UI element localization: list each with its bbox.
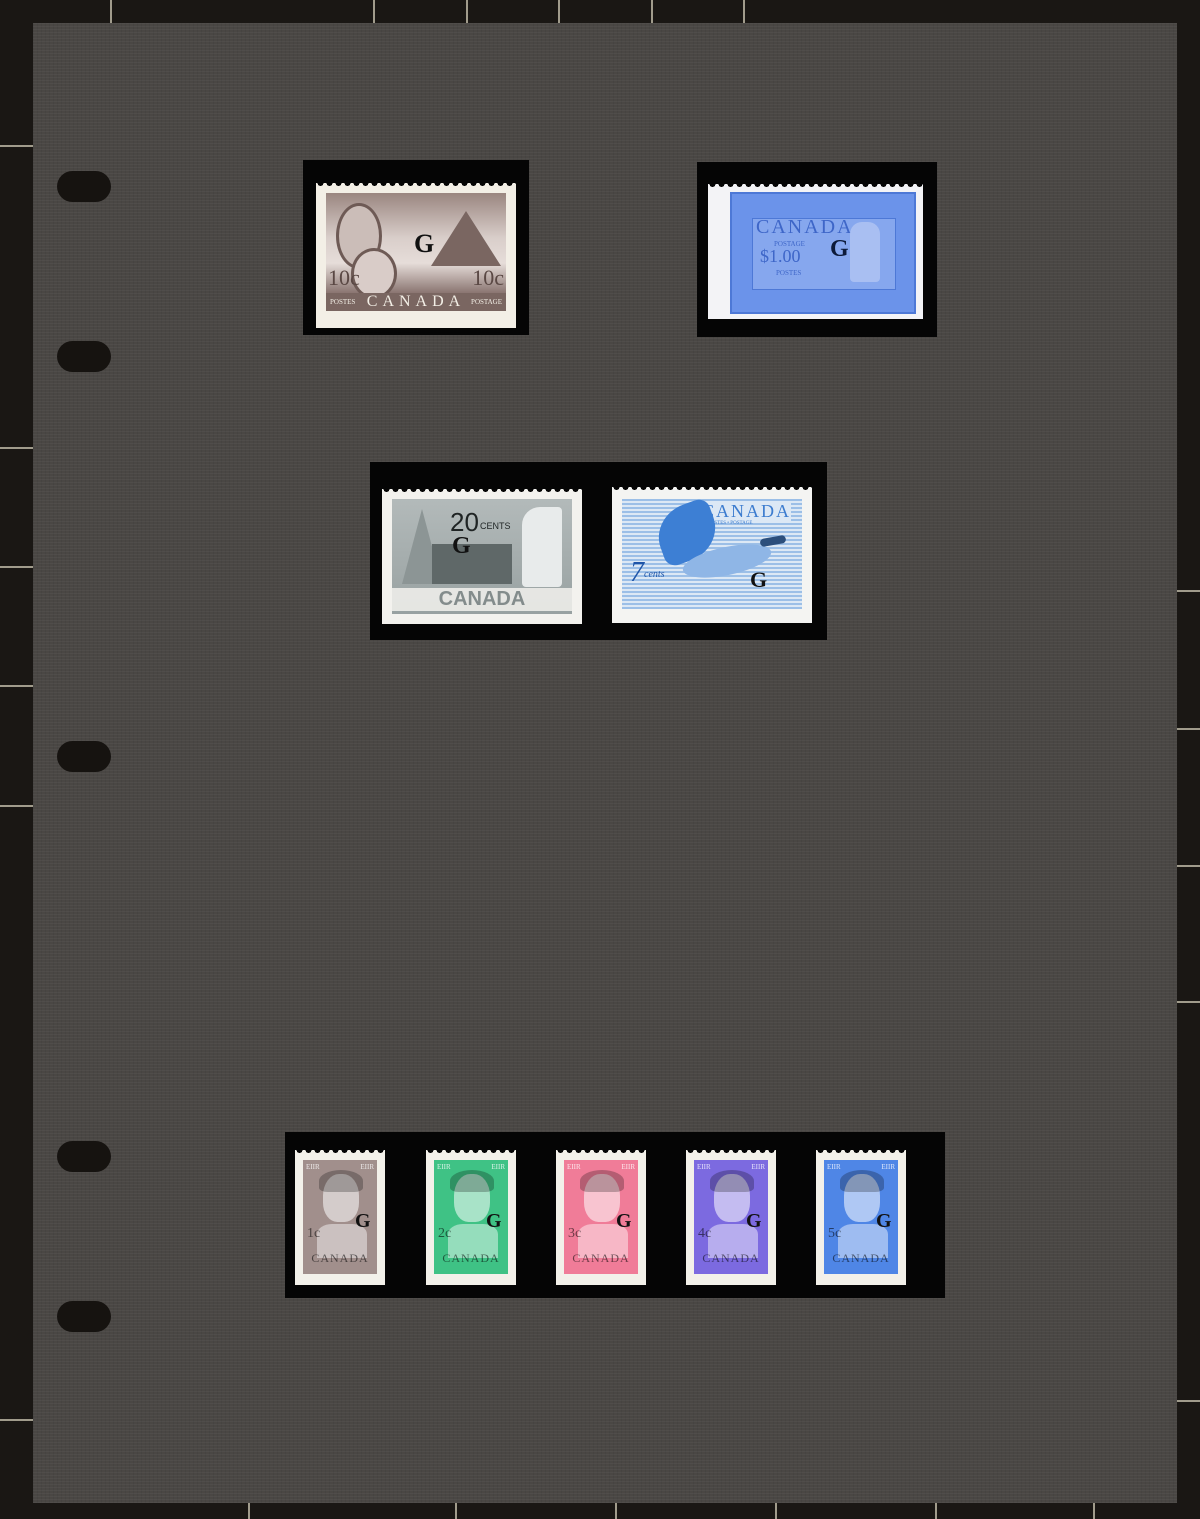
royal-cypher-right: EIIR xyxy=(491,1163,505,1171)
grid-line xyxy=(466,0,468,23)
country-name: CANADA xyxy=(303,1251,377,1266)
stamp-vignette: CANADA POSTAGE $1.00 POSTES G xyxy=(730,192,916,314)
grid-line xyxy=(1177,865,1200,867)
stamp-1c-queen[interactable]: EIIR EIIR 1c G CANADA xyxy=(295,1150,385,1285)
grid-line xyxy=(248,1503,250,1519)
royal-cypher-left: EIIR xyxy=(306,1163,320,1171)
grid-line xyxy=(455,1503,457,1519)
label-postes: POSTES xyxy=(776,269,801,277)
stamp-vignette: 20 CENTS G CANADA xyxy=(392,499,572,614)
grid-line xyxy=(743,0,745,23)
denomination: 4c xyxy=(698,1226,711,1242)
overprint-g: G xyxy=(830,236,849,263)
grid-line xyxy=(0,566,33,568)
royal-cypher-right: EIIR xyxy=(360,1163,374,1171)
royal-cypher-left: EIIR xyxy=(697,1163,711,1171)
denomination-right: 10c xyxy=(472,265,504,291)
stamp-4c-queen[interactable]: EIIR EIIR 4c G CANADA xyxy=(686,1150,776,1285)
stamp-mount: 20 CENTS G CANADA CANADA POSTES • POSTAG… xyxy=(370,462,827,640)
grid-line xyxy=(775,1503,777,1519)
country-name: CANADA xyxy=(824,1251,898,1266)
grid-line xyxy=(651,0,653,23)
denomination: 5c xyxy=(828,1226,841,1242)
punch-hole xyxy=(57,1301,111,1332)
grid-line xyxy=(0,145,33,147)
grid-line xyxy=(0,685,33,687)
grid-line xyxy=(935,1503,937,1519)
royal-cypher-right: EIIR xyxy=(881,1163,895,1171)
stamp-vignette: EIIR EIIR 2c G CANADA xyxy=(434,1160,508,1274)
denomination: 2c xyxy=(438,1226,451,1242)
stamp-mount: 10c 10c G POSTES CANADA POSTAGE xyxy=(303,160,529,335)
punch-hole xyxy=(57,741,111,772)
grid-line xyxy=(1177,1400,1200,1402)
overprint-g: G xyxy=(452,533,471,560)
country-name: CANADA xyxy=(392,588,572,611)
country-name: CANADA xyxy=(564,1251,638,1266)
stamp-2c-queen[interactable]: EIIR EIIR 2c G CANADA xyxy=(426,1150,516,1285)
grid-line xyxy=(0,805,33,807)
royal-cypher-left: EIIR xyxy=(437,1163,451,1171)
country-name: CANADA xyxy=(702,501,791,522)
stamp-3c-queen[interactable]: EIIR EIIR 3c G CANADA xyxy=(556,1150,646,1285)
overprint-g: G xyxy=(616,1210,632,1233)
country-name: CANADA xyxy=(694,1251,768,1266)
denomination: $1.00 xyxy=(760,246,801,267)
denomination-unit: CENTS xyxy=(480,521,511,531)
grid-line xyxy=(1093,1503,1095,1519)
stamp-7c-canada-goose[interactable]: CANADA POSTES • POSTAGE 7 cents G xyxy=(612,487,812,623)
grid-line xyxy=(615,1503,617,1519)
punch-hole xyxy=(57,341,111,372)
grid-line xyxy=(1177,728,1200,730)
denomination: 3c xyxy=(568,1226,581,1242)
denomination: 7 xyxy=(630,557,644,589)
royal-cypher-left: EIIR xyxy=(567,1163,581,1171)
royal-cypher-right: EIIR xyxy=(621,1163,635,1171)
overprint-g: G xyxy=(414,229,434,259)
stamp-vignette: CANADA POSTES • POSTAGE 7 cents G xyxy=(622,499,802,609)
overprint-g: G xyxy=(750,567,767,593)
overprint-g: G xyxy=(876,1210,892,1233)
royal-cypher-left: EIIR xyxy=(827,1163,841,1171)
denomination-left: 10c xyxy=(328,265,360,291)
stamp-vignette: EIIR EIIR 1c G CANADA xyxy=(303,1160,377,1274)
stamp-label-band: POSTES CANADA POSTAGE xyxy=(326,293,506,311)
stamp-vignette: EIIR EIIR 3c G CANADA xyxy=(564,1160,638,1274)
punch-hole xyxy=(57,1141,111,1172)
stamp-vignette: EIIR EIIR 5c G CANADA xyxy=(824,1160,898,1274)
overprint-g: G xyxy=(486,1210,502,1233)
label-postage: POSTAGE xyxy=(471,298,502,306)
grid-line xyxy=(558,0,560,23)
stamp-mount-strip: EIIR EIIR 1c G CANADA EIIR EIIR 2c G CAN… xyxy=(285,1132,945,1298)
country-name: CANADA xyxy=(434,1251,508,1266)
grid-line xyxy=(0,1419,33,1421)
overprint-g: G xyxy=(746,1210,762,1233)
royal-cypher-right: EIIR xyxy=(751,1163,765,1171)
grid-line xyxy=(1177,590,1200,592)
grid-line xyxy=(110,0,112,23)
stamp-1-dollar-fisherman[interactable]: CANADA POSTAGE $1.00 POSTES G xyxy=(708,184,923,319)
overprint-g: G xyxy=(355,1210,371,1233)
stamp-5c-queen[interactable]: EIIR EIIR 5c G CANADA xyxy=(816,1150,906,1285)
grid-line xyxy=(1177,1001,1200,1003)
denomination-unit: cents xyxy=(644,569,665,580)
stamp-10c-fur-drying[interactable]: 10c 10c G POSTES CANADA POSTAGE xyxy=(316,183,516,328)
grid-line xyxy=(373,0,375,23)
stamp-vignette: 10c 10c G xyxy=(326,193,506,293)
denomination: 1c xyxy=(307,1226,320,1242)
grid-line xyxy=(0,447,33,449)
stamp-mount: CANADA POSTAGE $1.00 POSTES G xyxy=(697,162,937,337)
punch-hole xyxy=(57,171,111,202)
stamp-20c-paper-industry[interactable]: 20 CENTS G CANADA xyxy=(382,489,582,624)
stamp-vignette: EIIR EIIR 4c G CANADA xyxy=(694,1160,768,1274)
